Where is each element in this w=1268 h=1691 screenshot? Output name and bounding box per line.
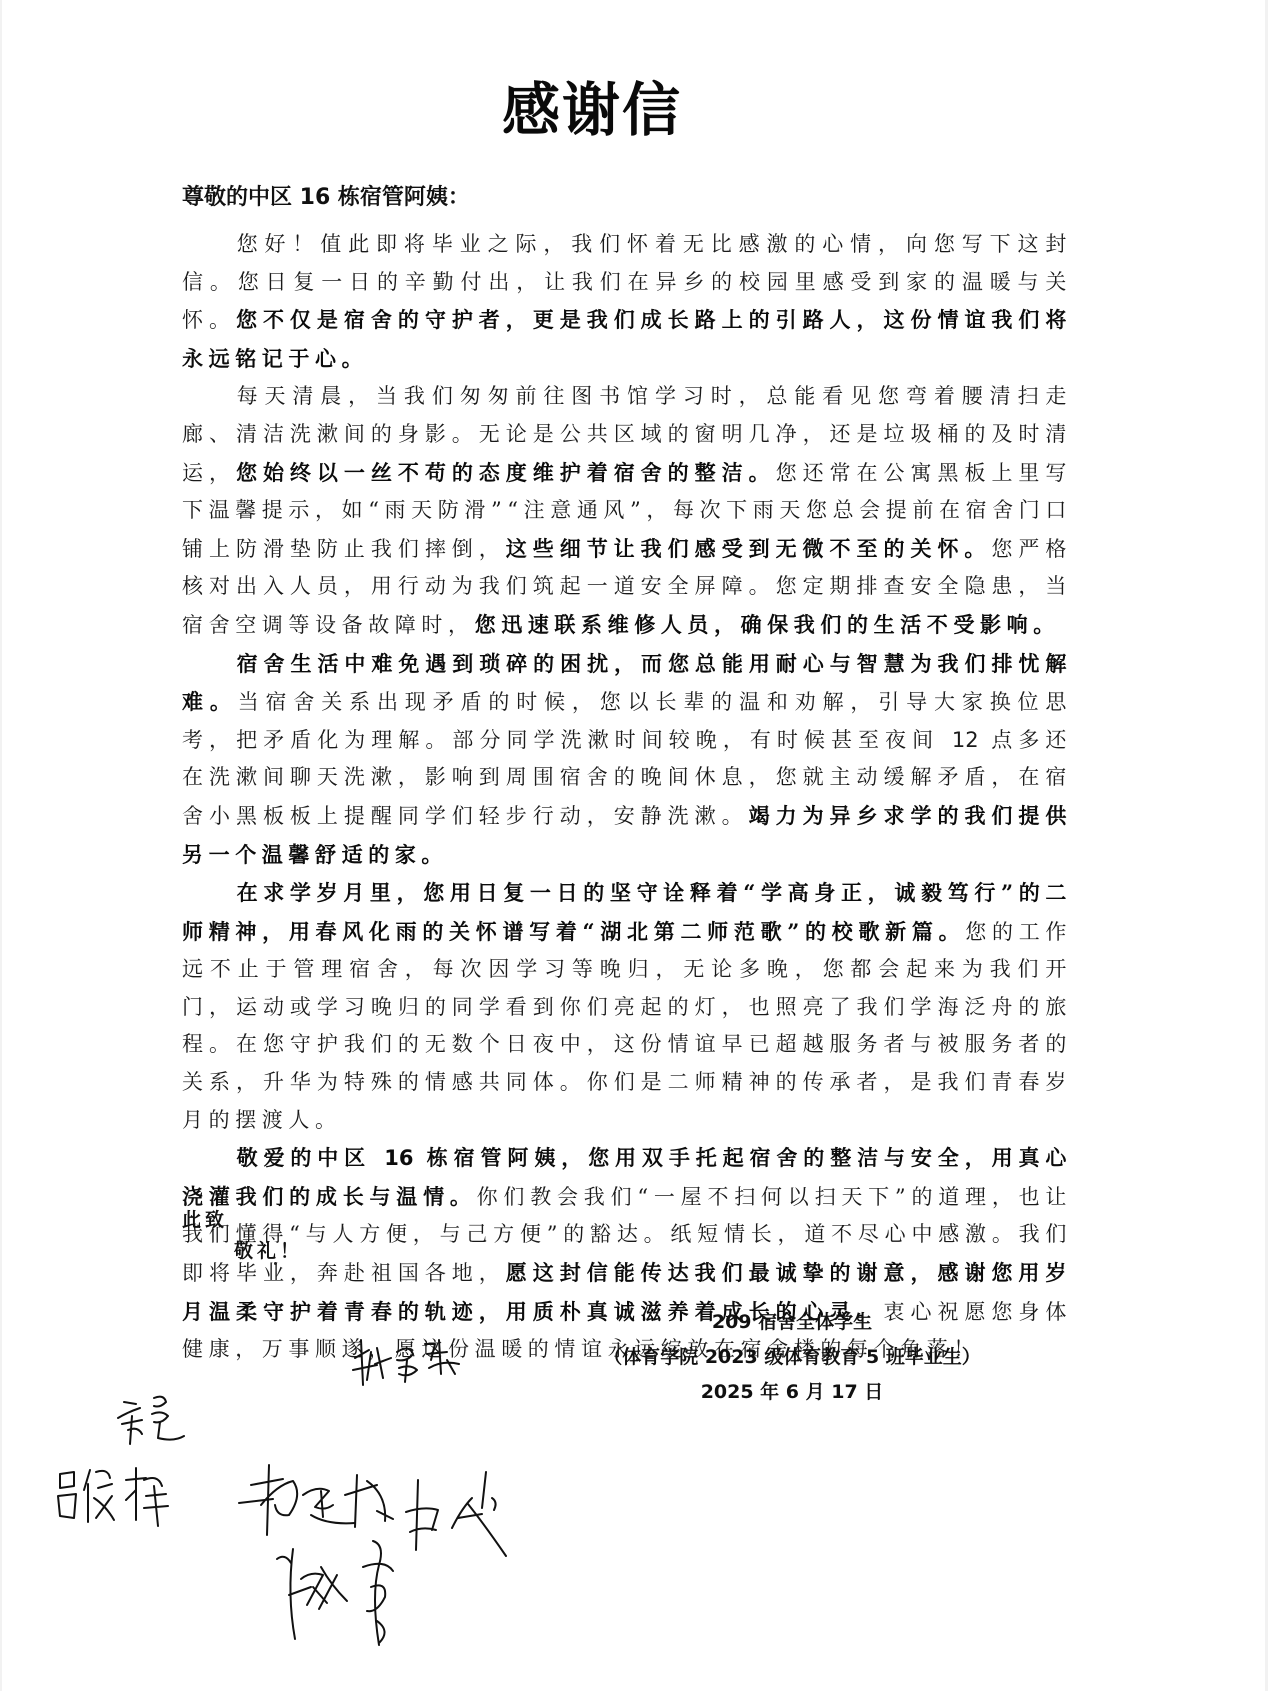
paragraph: 在求学岁月里，您用日复一日的坚守诠释着“学高身正，诚毅笃行”的二师精神，用春风化… (182, 874, 1072, 1139)
letter-date: 2025 年 6 月 17 日 (602, 1375, 982, 1410)
signature-wei-xing: 韦星 (114, 1390, 194, 1450)
sender-class: （体育学院 2023 级体育教育 5 班毕业生） (602, 1340, 982, 1375)
letter-title: 感谢信 (2, 78, 1182, 142)
emphasis-text: 您始终以一丝不苟的态度维护着宿舍的整洁。 (236, 460, 776, 485)
sender-block: 209 宿舍全体学生 （体育学院 2023 级体育教育 5 班毕业生） 2025… (602, 1305, 982, 1410)
closing-cizhi: 此致 (182, 1205, 228, 1232)
letter-page: 感谢信 尊敬的中区 16 栋宿管阿姨： 您好！值此即将毕业之际，我们怀着无比感激… (2, 0, 1265, 1691)
ink-dot (274, 1262, 277, 1265)
signature-yang-siqi: 杨思琪 (347, 1330, 467, 1400)
body-text: 您的工作远不止于管理宿舍，每次因学习等晚归，无论多晚，您都会起来为我们开门，运动… (182, 920, 1072, 1132)
closing-jingli: 敬礼！ (234, 1236, 303, 1263)
emphasis-text: 在求学岁月里，您用日复一日的坚守诠释着“学高身正，诚毅笃行”的二师精神，用春风化… (182, 880, 1072, 944)
paragraph: 您好！值此即将毕业之际，我们怀着无比感激的心情，向您写下这封信。您日复一日的辛勤… (182, 226, 1072, 378)
signature-pan-wenyong: 潘文勇 (267, 1535, 407, 1665)
signature-lv-junhua: 吕俊桦 (54, 1460, 174, 1530)
emphasis-text: 您迅速联系维修人员，确保我们的生活不受影响。 (475, 612, 1060, 637)
sender-group: 209 宿舍全体学生 (602, 1305, 982, 1340)
paragraph: 每天清晨，当我们匆匆前往图书馆学习时，总能看见您弯着腰清扫走廊、清洁洗漱间的身影… (182, 378, 1072, 644)
emphasis-text: 您不仅是宿舍的守护者，更是我们成长路上的引路人，这份情谊我们将永远铭记于心。 (182, 307, 1072, 371)
salutation: 尊敬的中区 16 栋宿管阿姨： (182, 184, 470, 212)
letter-body: 您好！值此即将毕业之际，我们怀着无比感激的心情，向您写下这封信。您日复一日的辛勤… (182, 226, 1072, 1369)
emphasis-text: 这些细节让我们感受到无微不至的关怀。 (506, 536, 992, 561)
paragraph: 宿舍生活中难免遇到琐碎的困扰，而您总能用耐心与智慧为我们排忧解难。当宿舍关系出现… (182, 645, 1072, 875)
signature-liu-tao: 刘涛 (402, 1468, 512, 1568)
